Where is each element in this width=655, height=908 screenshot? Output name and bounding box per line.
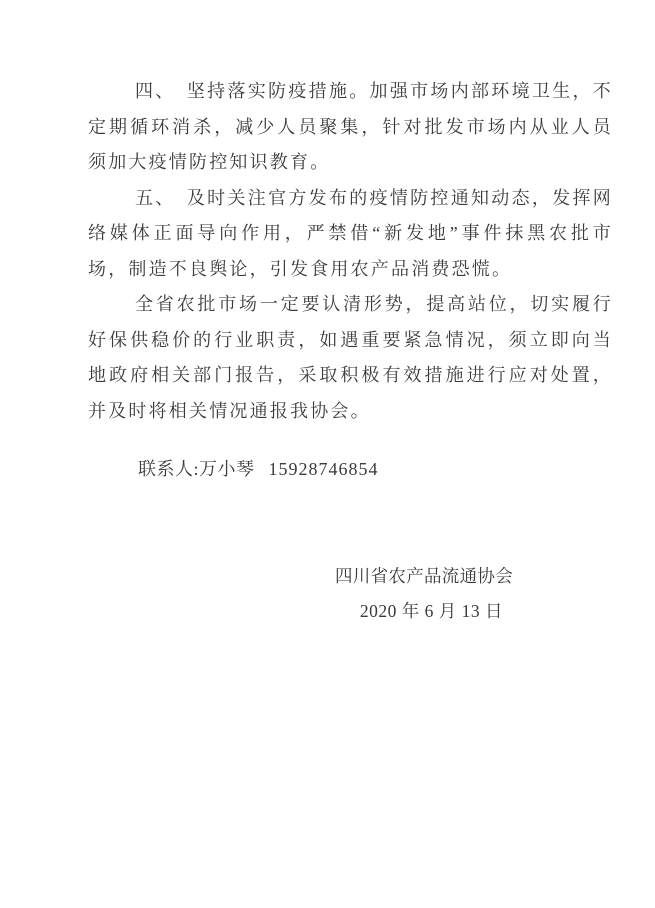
closing-paragraph: 全省农批市场一定要认清形势，提高站位，切实履行好保供稳价的行业职责，如遇重要紧急… <box>88 287 613 429</box>
body-paragraph-item-4: 四、 坚持落实防疫措施。加强市场内部环境卫生，不定期循环消杀，减少人员聚集，针对… <box>88 74 613 181</box>
document-page: 四、 坚持落实防疫措施。加强市场内部环境卫生，不定期循环消杀，减少人员聚集，针对… <box>0 0 655 908</box>
contact-name: 万小琴 <box>199 459 255 479</box>
contact-line: 联系人:万小琴15928746854 <box>88 452 613 488</box>
contact-label: 联系人: <box>138 459 199 479</box>
signature-block: 四川省农产品流通协会 2020 年 6 月 13 日 <box>88 559 613 630</box>
signature-date: 2020 年 6 月 13 日 <box>88 594 613 630</box>
signature-organization: 四川省农产品流通协会 <box>88 559 613 595</box>
body-paragraph-item-5: 五、 及时关注官方发布的疫情防控通知动态，发挥网络媒体正面导向作用，严禁借“新发… <box>88 181 613 288</box>
document-content: 四、 坚持落实防疫措施。加强市场内部环境卫生，不定期循环消杀，减少人员聚集，针对… <box>88 0 613 630</box>
contact-phone: 15928746854 <box>269 459 379 479</box>
